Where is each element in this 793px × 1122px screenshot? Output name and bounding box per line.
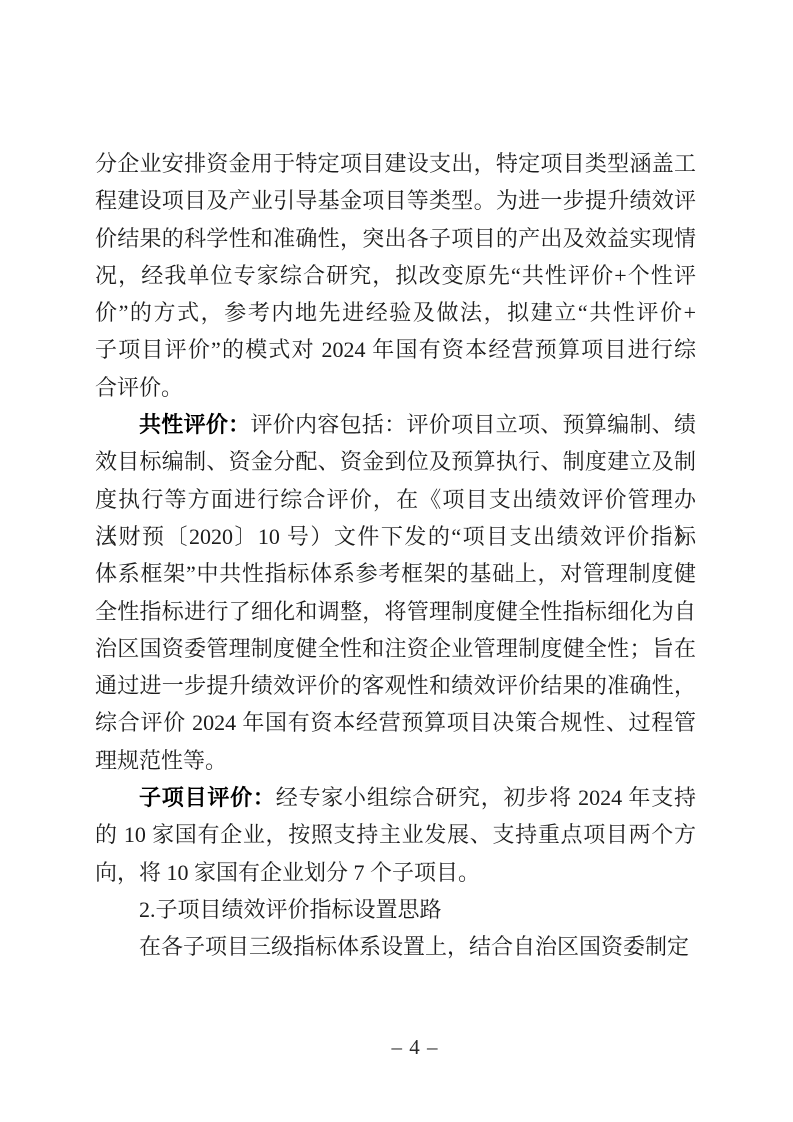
text-line: 治区国资委管理制度健全性和注资企业管理制度健全性；旨在 xyxy=(95,630,696,667)
document-page: 分企业安排资金用于特定项目建设支出，特定项目类型涵盖工程建设项目及产业引导基金项… xyxy=(0,0,793,1122)
text-line: 向，将 10 家国有企业划分 7 个子项目。 xyxy=(95,854,696,891)
text-line: 体系框架”中共性指标体系参考框架的基础上，对管理制度健 xyxy=(95,555,696,592)
bold-run: 子项目评价： xyxy=(139,785,276,810)
text-line: 效目标编制、资金分配、资金到位及预算执行、制度建立及制 xyxy=(95,443,696,480)
text-line: 共性评价：评价内容包括：评价项目立项、预算编制、绩 xyxy=(95,406,696,443)
page-number: – 4 – xyxy=(392,1036,439,1058)
text-line: 度执行等方面进行综合评价，在《项目支出绩效评价管理办法》 xyxy=(95,481,696,518)
text-line: 2.子项目绩效评价指标设置思路 xyxy=(95,891,696,928)
text-line: 在各子项目三级指标体系设置上，结合自治区国资委制定 xyxy=(95,928,696,965)
text-line: 全性指标进行了细化和调整，将管理制度健全性指标细化为自 xyxy=(95,593,696,630)
text-line: 通过进一步提升绩效评价的客观性和绩效评价结果的准确性， xyxy=(95,667,696,704)
bold-run: 共性评价： xyxy=(139,412,250,437)
text-line: 合评价。 xyxy=(95,369,696,406)
text-line: 子项目评价：经专家小组综合研究，初步将 2024 年支持 xyxy=(95,779,696,816)
text-line: 价结果的科学性和准确性，突出各子项目的产出及效益实现情 xyxy=(95,220,696,257)
text-line: （财预〔2020〕10 号）文件下发的“项目支出绩效评价指标 xyxy=(95,518,696,555)
text-line: 综合评价 2024 年国有资本经营预算项目决策合规性、过程管 xyxy=(95,704,696,741)
text-line: 程建设项目及产业引导基金项目等类型。为进一步提升绩效评 xyxy=(95,182,696,219)
text-line: 价”的方式，参考内地先进经验及做法，拟建立“共性评价+ xyxy=(95,294,696,331)
text-line: 分企业安排资金用于特定项目建设支出，特定项目类型涵盖工 xyxy=(95,145,696,182)
text-line: 况，经我单位专家综合研究，拟改变原先“共性评价+个性评 xyxy=(95,257,696,294)
text-line: 子项目评价”的模式对 2024 年国有资本经营预算项目进行综 xyxy=(95,331,696,368)
document-body-text: 分企业安排资金用于特定项目建设支出，特定项目类型涵盖工程建设项目及产业引导基金项… xyxy=(95,145,696,966)
text-line: 理规范性等。 xyxy=(95,742,696,779)
text-line: 的 10 家国有企业，按照支持主业发展、支持重点项目两个方 xyxy=(95,816,696,853)
